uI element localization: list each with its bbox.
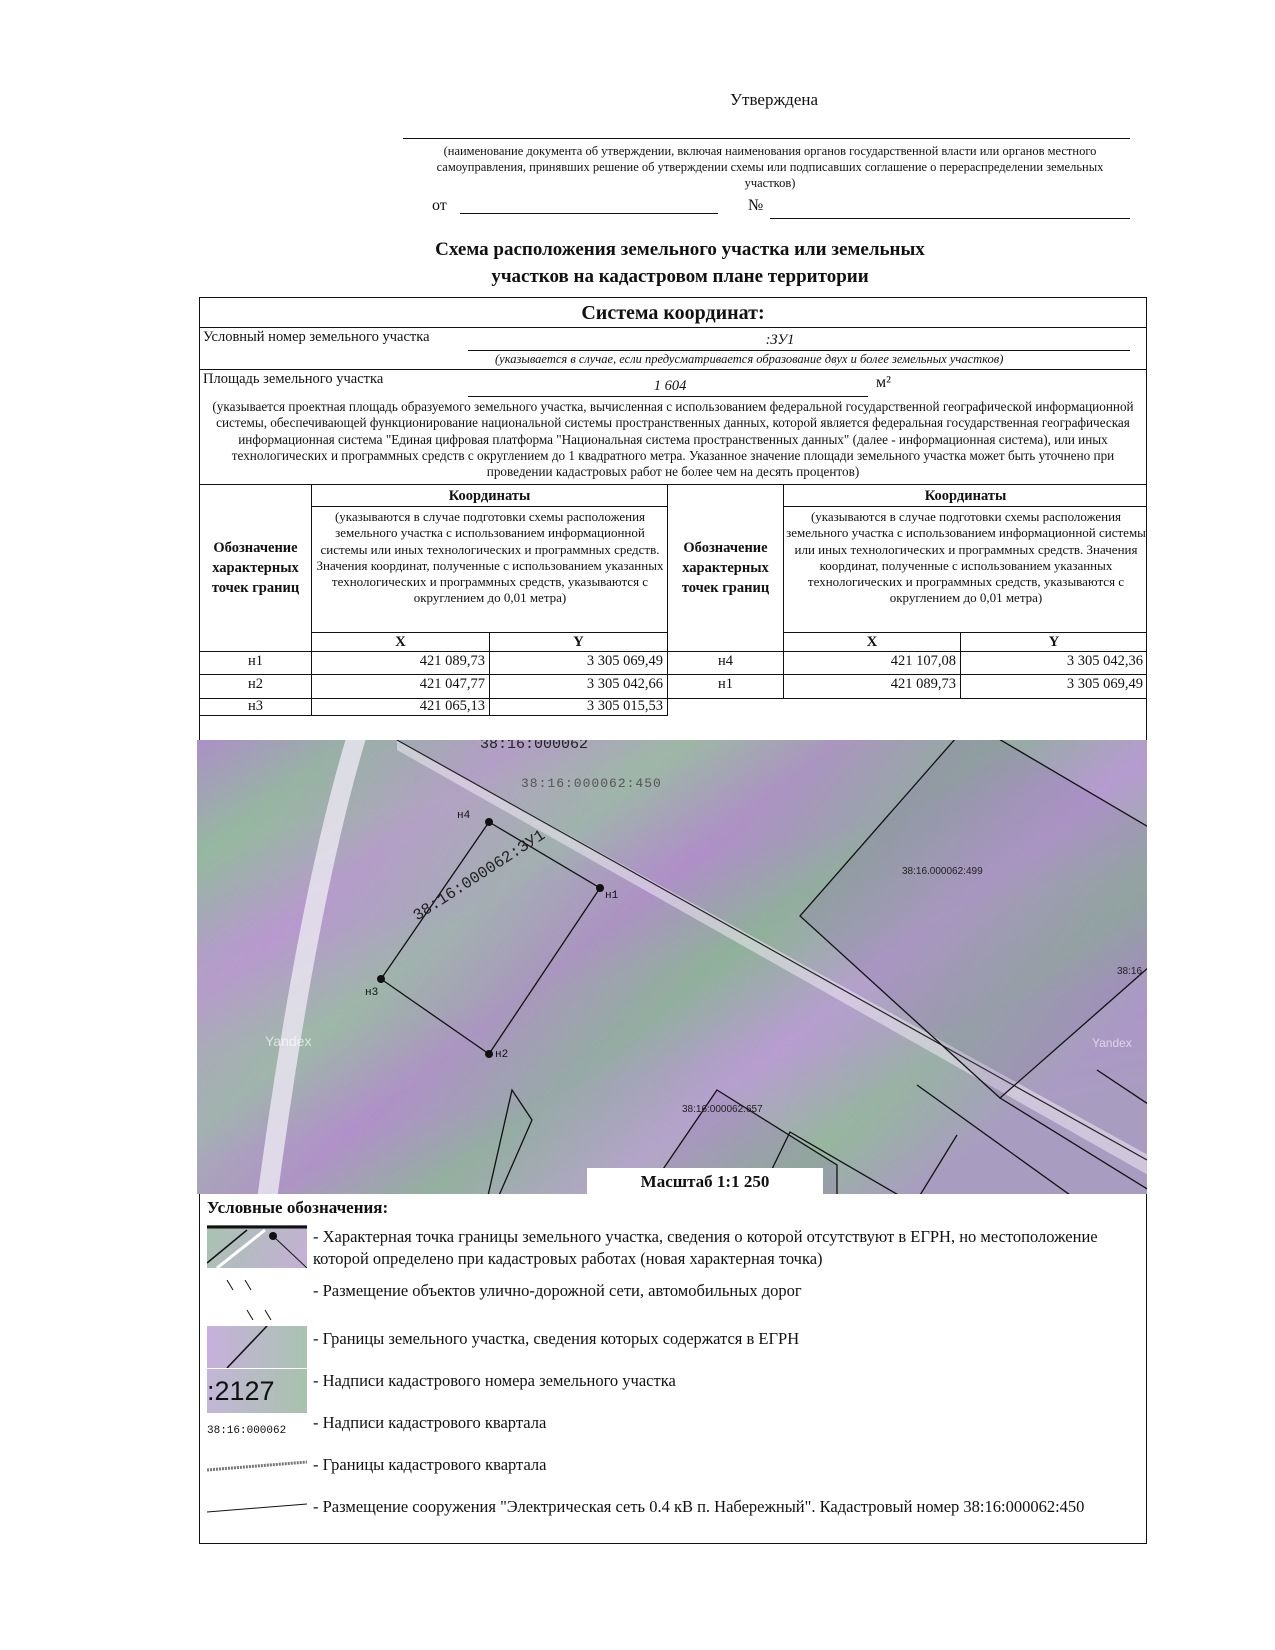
- number-label: №: [748, 197, 763, 215]
- neighbor-parcel-edge-label: 38:16: [1117, 966, 1142, 977]
- new-point-swatch-icon: [207, 1225, 307, 1268]
- coord-x: 421 089,73: [312, 653, 485, 670]
- point-id: н3: [200, 698, 311, 715]
- point-id: н2: [200, 676, 311, 693]
- point-header-right: Обозначение характерных точек границ: [668, 538, 783, 598]
- parcel-number-note: (указывается в случае, если предусматрив…: [495, 352, 1003, 367]
- divider: [468, 350, 1130, 351]
- coords-header-left: Координаты: [312, 486, 667, 506]
- divider: [199, 369, 1147, 370]
- coord-y: 3 305 069,49: [961, 676, 1143, 693]
- coord-x: 421 047,77: [312, 676, 485, 693]
- divider: [199, 674, 1147, 675]
- coord-y: 3 305 042,66: [490, 676, 663, 693]
- power-line-swatch-icon: [207, 1500, 307, 1514]
- coords-note-right: (указываются в случае подготовки схемы р…: [785, 509, 1147, 607]
- legend-item-parcel-number: - Надписи кадастрового номера земельного…: [313, 1370, 1143, 1392]
- coord-y: 3 305 042,36: [961, 653, 1143, 670]
- area-unit: м²: [876, 374, 891, 392]
- number-field[interactable]: [770, 218, 1130, 219]
- point-id: н1: [668, 676, 783, 693]
- approval-note: (наименование документа об утверждении, …: [410, 143, 1130, 191]
- area-note: (указывается проектная площадь образуемо…: [203, 399, 1143, 480]
- legend-title: Условные обозначения:: [207, 1198, 388, 1218]
- point-label-n3: н3: [365, 987, 378, 999]
- x-header-right: X: [784, 632, 960, 652]
- quarter-swatch-icon: 38:16:000062: [207, 1425, 286, 1437]
- x-header-left: X: [312, 632, 489, 652]
- divider: [199, 327, 1147, 328]
- divider: [468, 396, 868, 397]
- quarter-label: 38:16:000062: [480, 740, 588, 753]
- coords-header-right: Координаты: [784, 486, 1147, 506]
- divider: [199, 484, 1147, 485]
- approval-doc-line: [403, 138, 1130, 139]
- point-label-n4: н4: [457, 810, 470, 822]
- point-label-n1: н1: [605, 890, 618, 902]
- area-label: Площадь земельного участка: [203, 371, 383, 388]
- document-title: Схема расположения земельного участка ил…: [320, 236, 1040, 290]
- neighbor-parcel-499-label: 38:16.000062:499: [902, 866, 983, 877]
- legend-item-quarter-label: - Надписи кадастрового квартала: [313, 1412, 1143, 1434]
- cadastral-map[interactable]: 38:16:000062 38:16:000062:450 38:16:0000…: [197, 740, 1147, 1194]
- approved-heading: Утверждена: [730, 90, 818, 110]
- quarter-boundary-swatch-icon: [207, 1458, 307, 1472]
- legend-item-quarter-boundary: - Границы кадастрового квартала: [313, 1454, 1143, 1476]
- egrn-boundary-swatch-icon: [207, 1326, 307, 1368]
- legend-item-new-point: - Характерная точка границы земельного у…: [313, 1226, 1143, 1270]
- date-label: от: [432, 197, 447, 215]
- coordinate-system-label: Система координат:: [200, 302, 1146, 325]
- legend-item-roads: - Размещение объектов улично-дорожной се…: [313, 1280, 1143, 1302]
- coord-x: 421 089,73: [784, 676, 956, 693]
- watermark: Yandex: [1092, 1036, 1132, 1050]
- parcel-number-label: Условный номер земельного участка: [203, 329, 430, 346]
- coord-y: 3 305 069,49: [490, 653, 663, 670]
- y-header-right: Y: [961, 632, 1147, 652]
- parcel-number-swatch-icon: :2127: [207, 1369, 307, 1413]
- coord-x: 421 065,13: [312, 698, 485, 715]
- map-image: [197, 740, 1147, 1194]
- date-field[interactable]: [460, 213, 718, 214]
- legend-item-power-line: - Размещение сооружения "Электрическая с…: [313, 1496, 1143, 1518]
- coord-x: 421 107,08: [784, 653, 956, 670]
- coords-note-left: (указываются в случае подготовки схемы р…: [313, 509, 667, 607]
- coord-y: 3 305 015,53: [490, 698, 663, 715]
- point-label-n2: н2: [495, 1049, 508, 1061]
- power-network-label: 38:16:000062:450: [521, 776, 662, 791]
- point-id: н1: [200, 653, 311, 670]
- point-id: н4: [668, 653, 783, 670]
- point-header-left: Обозначение характерных точек границ: [200, 538, 311, 598]
- divider: [311, 506, 667, 507]
- title-line-1: Схема расположения земельного участка ил…: [320, 236, 1040, 263]
- neighbor-parcel-657-label: 38:16:000062:657: [682, 1104, 763, 1115]
- divider: [783, 506, 1147, 507]
- divider: [199, 715, 668, 716]
- parcel-number-value[interactable]: :ЗУ1: [470, 332, 1090, 349]
- title-line-2: участков на кадастровом плане территории: [320, 263, 1040, 290]
- area-value[interactable]: 1 604: [470, 378, 870, 395]
- road-swatch-icon: [215, 1280, 285, 1320]
- watermark: Yandex: [265, 1033, 311, 1049]
- map-scale: Масштаб 1:1 250: [587, 1168, 823, 1196]
- legend-item-egrn-boundary: - Границы земельного участка, сведения к…: [313, 1328, 1143, 1350]
- y-header-left: Y: [490, 632, 667, 652]
